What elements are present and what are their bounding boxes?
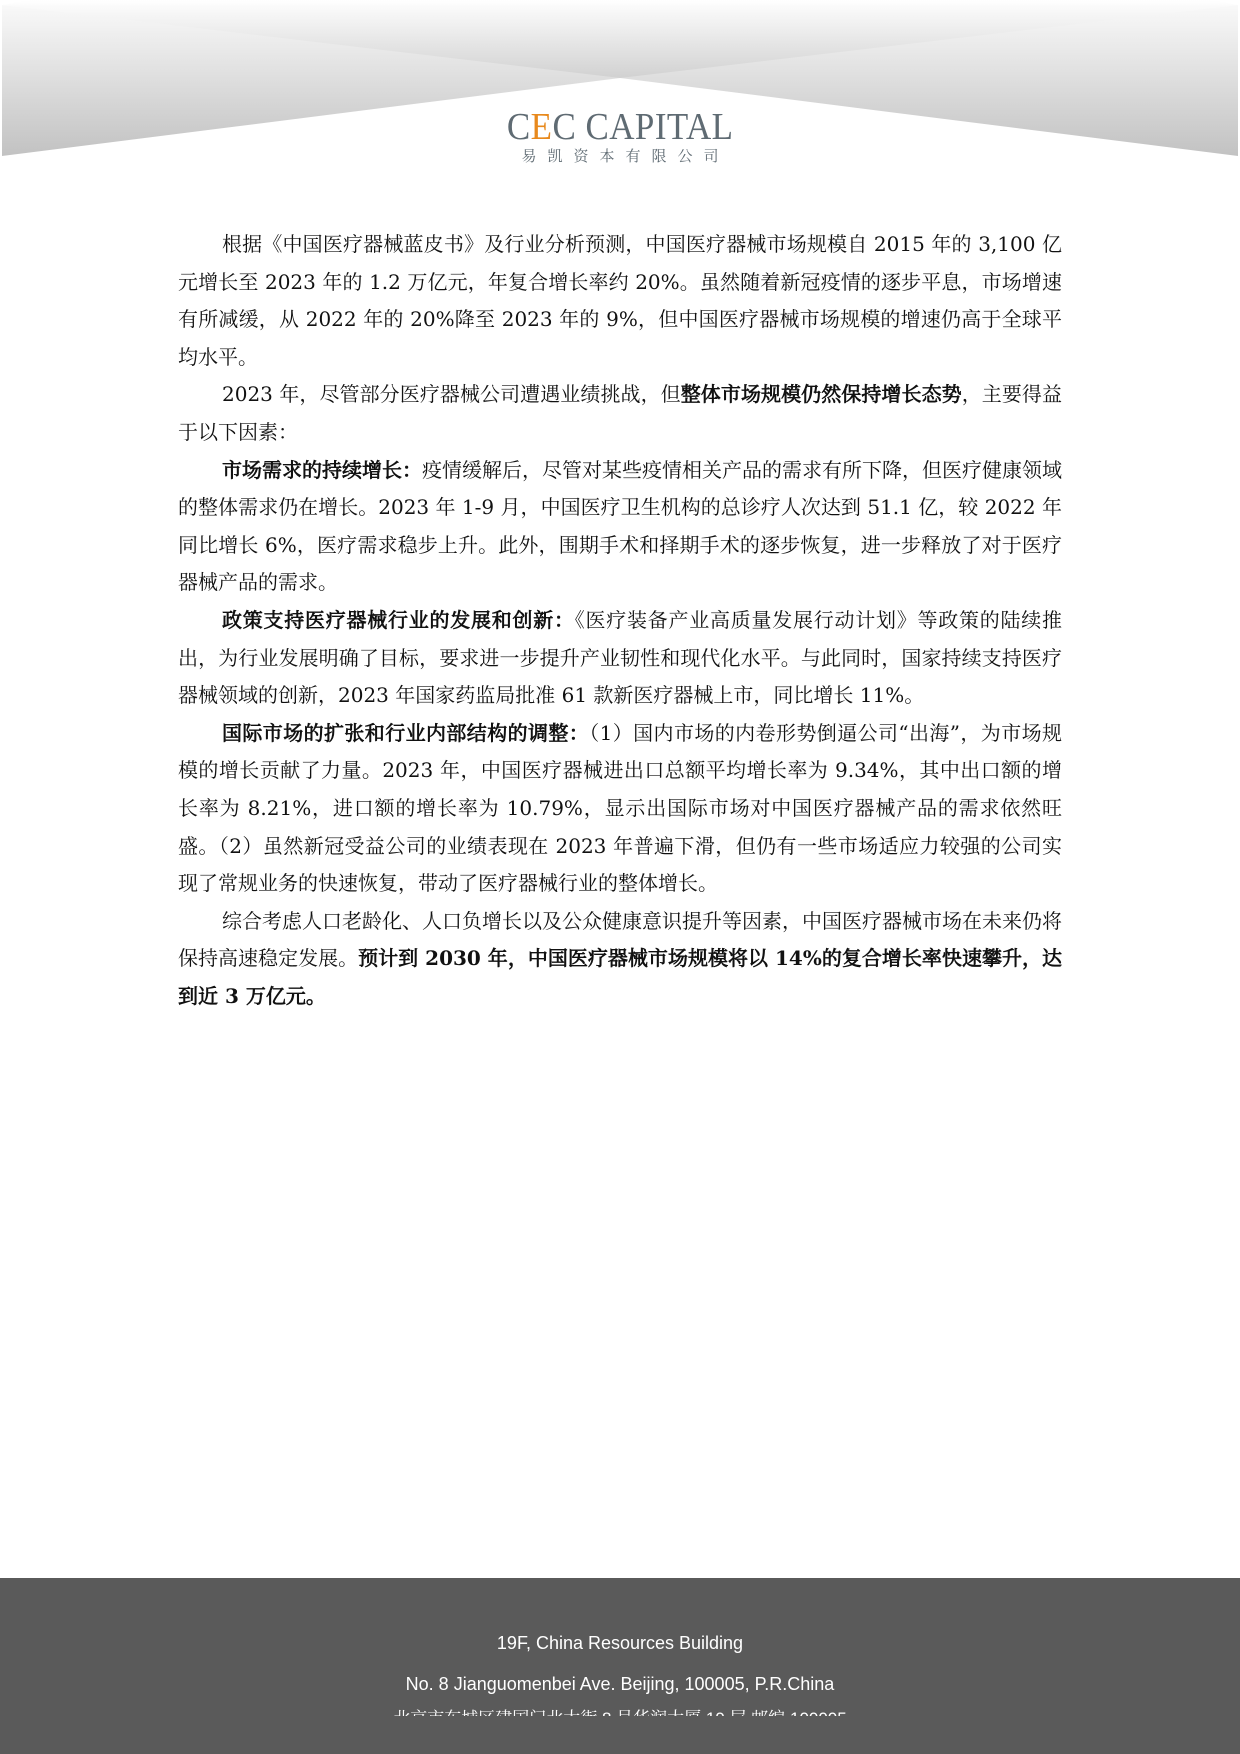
paragraph-text: 2023 年，尽管部分医疗器械公司遭遇业绩挑战，但 <box>222 382 681 406</box>
company-logo: CEC CAPITAL 易凯资本有限公司 <box>0 108 1240 165</box>
paragraph-market-size: 根据《中国医疗器械蓝皮书》及行业分析预测，中国医疗器械市场规模自 2015 年的… <box>178 226 1062 376</box>
paragraph-policy-support: 政策支持医疗器械行业的发展和创新：《医疗装备产业高质量发展行动计划》等政策的陆续… <box>178 602 1062 715</box>
logo-suffix: C CAPITAL <box>552 106 733 148</box>
factor-heading: 市场需求的持续增长： <box>222 458 422 482</box>
factor-heading: 国际市场的扩张和行业内部结构的调整： <box>222 721 589 745</box>
footer-address-chinese: 北京市东城区建国门北大街 8 号华润大厦 19 层 邮编 100005 <box>0 1708 1240 1716</box>
paragraph-text: （1）国内市场的内卷形势倒逼公司“出海”，为市场规模的增长贡献了力量。2023 … <box>178 721 1062 895</box>
bold-highlight: 整体市场规模仍然保持增长态势 <box>681 382 962 406</box>
logo-accent-letter: E <box>530 106 552 148</box>
logo-prefix: C <box>507 106 531 148</box>
paragraph-text: 根据《中国医疗器械蓝皮书》及行业分析预测，中国医疗器械市场规模自 2015 年的… <box>178 232 1062 369</box>
page-footer: 19F, China Resources Building No. 8 Jian… <box>0 1578 1240 1754</box>
footer-address-chinese-text: 北京市东城区建国门北大街 8 号华润大厦 19 层 邮编 100005 <box>0 1708 1240 1716</box>
document-body: 根据《中国医疗器械蓝皮书》及行业分析预测，中国医疗器械市场规模自 2015 年的… <box>178 226 1062 1015</box>
logo-subtitle: 易凯资本有限公司 <box>0 147 1240 165</box>
paragraph-international-expansion: 国际市场的扩张和行业内部结构的调整：（1）国内市场的内卷形势倒逼公司“出海”，为… <box>178 715 1062 903</box>
paragraph-growth-factors-intro: 2023 年，尽管部分医疗器械公司遭遇业绩挑战，但整体市场规模仍然保持增长态势，… <box>178 376 1062 451</box>
paragraph-outlook: 综合考虑人口老龄化、人口负增长以及公众健康意识提升等因素，中国医疗器械市场在未来… <box>178 903 1062 1016</box>
footer-address-street: No. 8 Jianguomenbei Ave. Beijing, 100005… <box>0 1673 1240 1695</box>
logo-wordmark: CEC CAPITAL <box>507 108 734 146</box>
factor-heading: 政策支持医疗器械行业的发展和创新： <box>222 608 575 632</box>
footer-address-building: 19F, China Resources Building <box>0 1632 1240 1654</box>
paragraph-demand-growth: 市场需求的持续增长：疫情缓解后，尽管对某些疫情相关产品的需求有所下降，但医疗健康… <box>178 452 1062 602</box>
